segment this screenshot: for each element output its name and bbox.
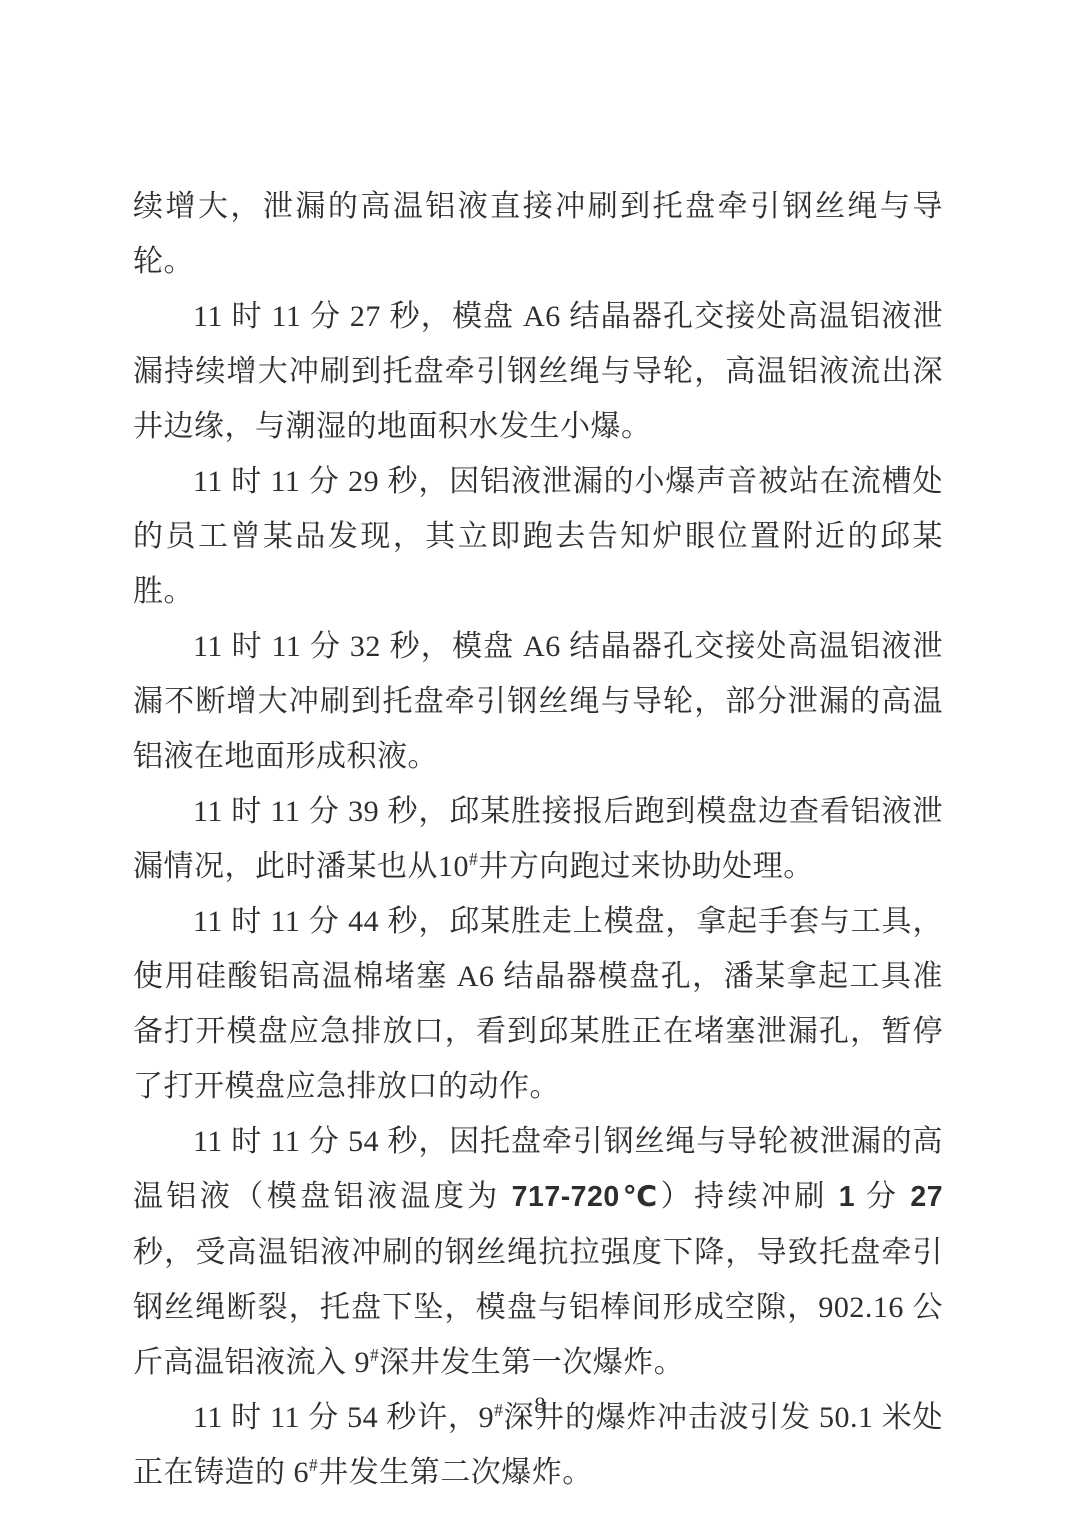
text-run: 11 时 11 分 32 秒，模盘 A6 结晶器孔交接处高温铝液泄漏不断增大冲刷… bbox=[133, 630, 943, 773]
text-run: 11 时 11 分 44 秒，邱某胜走上模盘，拿起手套与工具，使用硅酸铝高温棉堵… bbox=[133, 905, 943, 1103]
page-number: 8 bbox=[534, 1393, 546, 1418]
text-run: 井发生第二次爆炸。 bbox=[318, 1456, 593, 1489]
text-run: 深井发生第一次爆炸。 bbox=[379, 1346, 684, 1379]
text-run: ）持续冲刷 bbox=[661, 1180, 839, 1213]
paragraph: 11 时 11 分 54 秒，因托盘牵引钢丝绳与导轮被泄漏的高温铝液（模盘铝液温… bbox=[133, 1114, 943, 1390]
superscript-hash: # bbox=[309, 1455, 318, 1475]
text-run: 1 bbox=[839, 1181, 855, 1213]
superscript-hash: # bbox=[469, 849, 478, 869]
text-run: 井方向跑过来协助处理。 bbox=[478, 850, 814, 883]
paragraph: 续增大，泄漏的高温铝液直接冲刷到托盘牵引钢丝绳与导轮。 bbox=[133, 179, 943, 289]
text-run: 11 时 11 分 27 秒，模盘 A6 结晶器孔交接处高温铝液泄漏持续增大冲刷… bbox=[133, 300, 943, 443]
text-run: 续增大，泄漏的高温铝液直接冲刷到托盘牵引钢丝绳与导轮。 bbox=[133, 190, 943, 278]
document-page: 续增大，泄漏的高温铝液直接冲刷到托盘牵引钢丝绳与导轮。11 时 11 分 27 … bbox=[0, 0, 1080, 1527]
superscript-hash: # bbox=[370, 1345, 379, 1365]
text-run: 717-720℃ bbox=[512, 1181, 661, 1213]
text-run: 27 bbox=[910, 1181, 943, 1213]
text-run: 分 bbox=[855, 1180, 910, 1213]
text-run: 11 时 11 分 29 秒，因铝液泄漏的小爆声音被站在流槽处的员工曾某品发现，… bbox=[133, 465, 943, 608]
paragraph: 11 时 11 分 39 秒，邱某胜接报后跑到模盘边查看铝液泄漏情况，此时潘某也… bbox=[133, 784, 943, 894]
document-body: 续增大，泄漏的高温铝液直接冲刷到托盘牵引钢丝绳与导轮。11 时 11 分 27 … bbox=[133, 179, 943, 1500]
paragraph: 11 时 11 分 27 秒，模盘 A6 结晶器孔交接处高温铝液泄漏持续增大冲刷… bbox=[133, 289, 943, 454]
page-footer: 8 bbox=[0, 1394, 1080, 1418]
paragraph: 11 时 11 分 32 秒，模盘 A6 结晶器孔交接处高温铝液泄漏不断增大冲刷… bbox=[133, 619, 943, 784]
paragraph: 11 时 11 分 29 秒，因铝液泄漏的小爆声音被站在流槽处的员工曾某品发现，… bbox=[133, 454, 943, 619]
paragraph: 11 时 11 分 44 秒，邱某胜走上模盘，拿起手套与工具，使用硅酸铝高温棉堵… bbox=[133, 894, 943, 1114]
